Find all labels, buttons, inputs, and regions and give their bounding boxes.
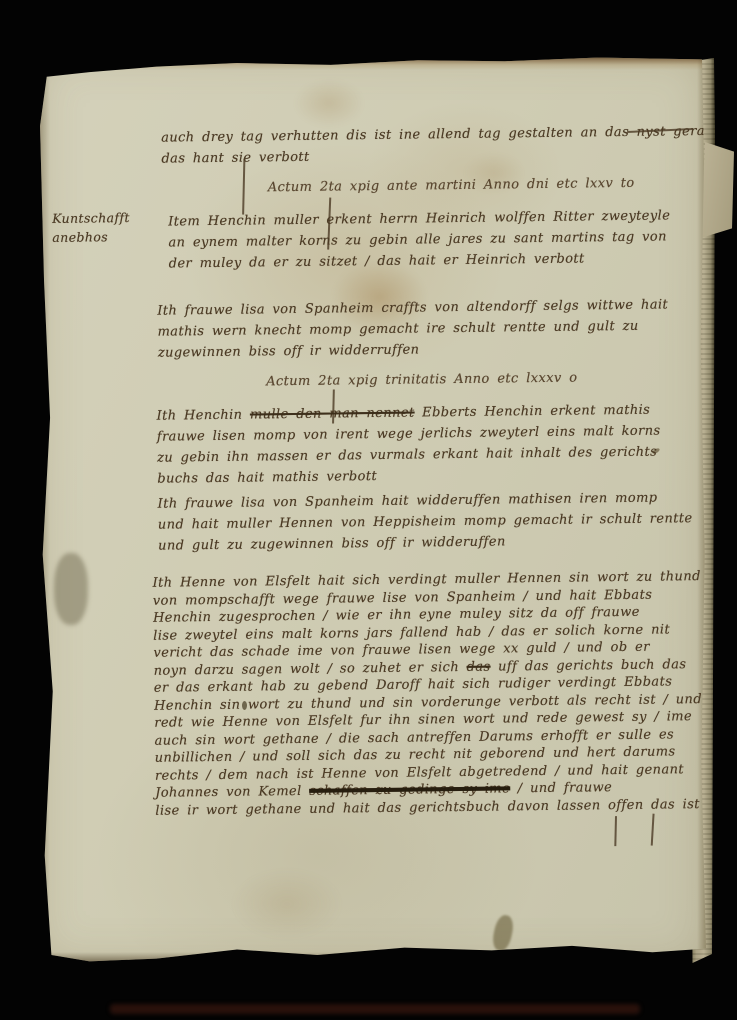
date-line-2: Actum 2ta xpig trinitatis Anno etc lxxxv… — [266, 371, 578, 390]
margin-note: Kuntschafft anebhos — [52, 208, 130, 247]
text-segment: / und frauwe — [510, 780, 612, 796]
struck-text: das — [467, 659, 491, 674]
struck-text: mulle den man nennet — [250, 406, 415, 423]
text-segment: Ith Henchin — [156, 408, 250, 424]
margin-note-line: Kuntschafft — [52, 208, 130, 228]
entry-paragraph-2: Ith frauwe lisa von Spanheim craffts von… — [157, 294, 669, 363]
photo-background: auch drey tag verhutten dis ist ine alle… — [0, 0, 737, 1020]
entry-paragraph-3: Ith Henchin mulle den man nennet Ebberts… — [156, 400, 661, 490]
fore-edge-corner-flap — [701, 142, 734, 238]
entry-paragraph-5: Ith Henne von Elsfelt hait sich verdingt… — [152, 568, 703, 820]
text-segment: uff das gerichts buch das — [490, 657, 686, 674]
pen-flourish — [614, 816, 617, 846]
pen-flourish — [651, 814, 655, 846]
opening-paragraph: auch drey tag verhutten dis ist ine alle… — [161, 121, 727, 170]
text-segment: noyn darzu sagen wolt / so zuhet er sich — [154, 659, 467, 678]
handwritten-content: auch drey tag verhutten dis ist ine alle… — [30, 49, 711, 969]
margin-note-line: anebhos — [52, 227, 130, 247]
text-line: Actum 2ta xpig trinitatis Anno etc lxxxv… — [266, 371, 578, 390]
entry-paragraph-4: Ith frauwe lisa von Spanheim hait widder… — [158, 487, 693, 557]
struck-text-heavy: schaffen zu gedinge sy ime — [309, 781, 510, 798]
text-segment: Ebberts Henchin erkent mathis — [415, 403, 651, 421]
entry-paragraph-1: Item Henchin muller erkent herrn Heinric… — [168, 205, 671, 274]
text-segment: Johannes von Kemel — [155, 784, 309, 801]
text-line: Actum 2ta xpig ante martini Anno dni etc… — [268, 176, 635, 195]
date-line-1: Actum 2ta xpig ante martini Anno dni etc… — [268, 176, 635, 195]
manuscript-page: auch drey tag verhutten dis ist ine alle… — [36, 53, 706, 965]
book-cover-edge — [110, 1004, 640, 1014]
